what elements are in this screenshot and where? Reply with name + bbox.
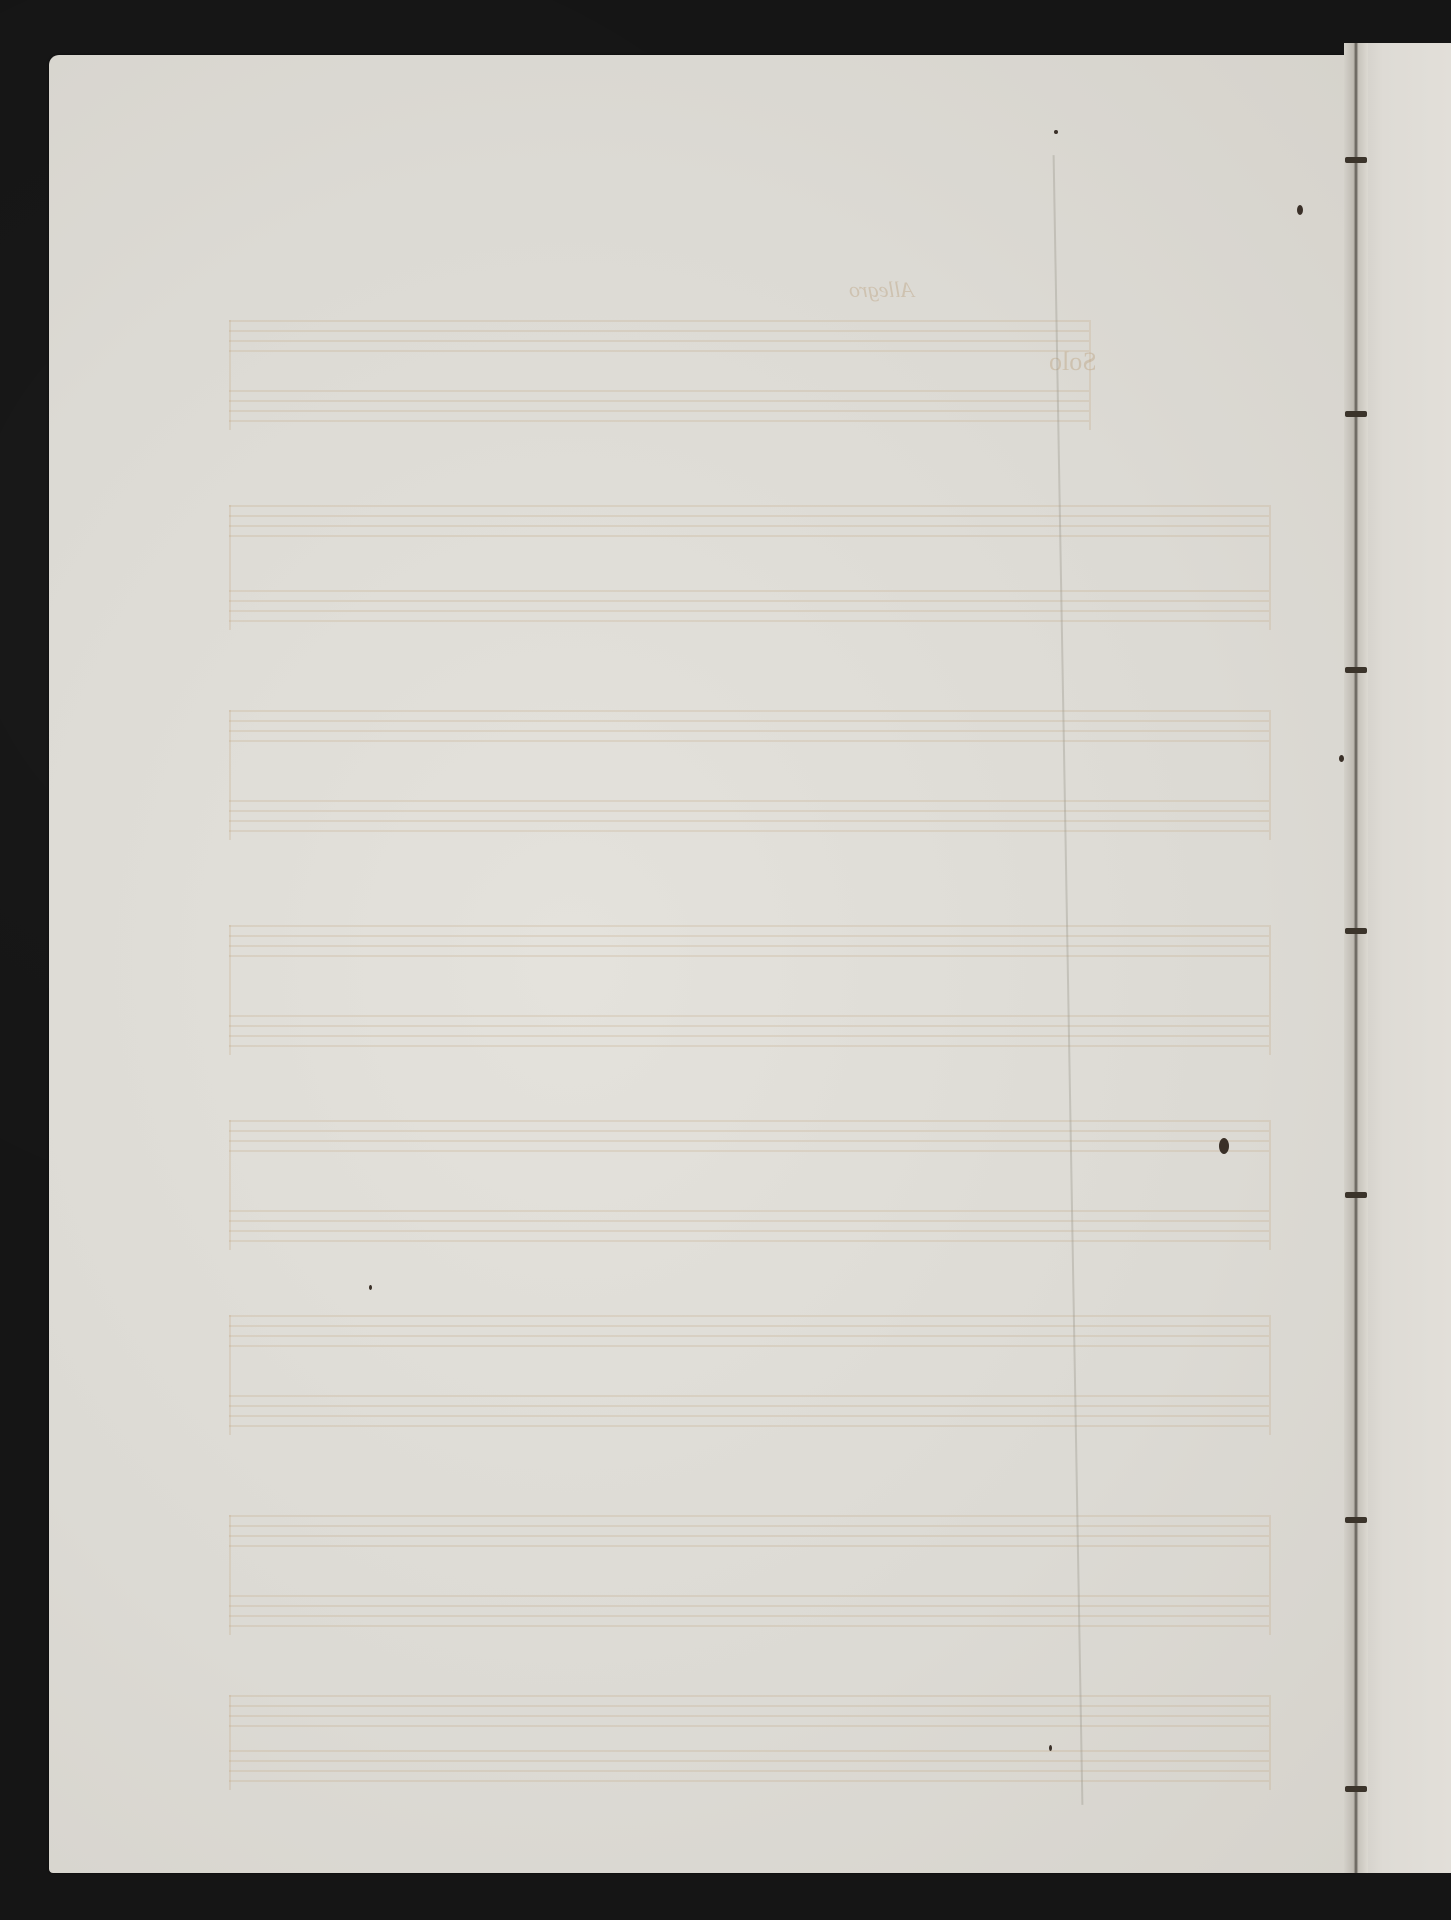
paper-fleck xyxy=(369,1285,372,1290)
paper-leaf: Allegro Solo xyxy=(49,55,1354,1873)
stitch-6 xyxy=(1345,1517,1367,1523)
hole-mark xyxy=(1297,205,1303,215)
music-show-through: Allegro Solo xyxy=(49,55,1354,1873)
stitch-4 xyxy=(1345,928,1367,934)
binding-spine xyxy=(1344,43,1368,1873)
paper-fleck xyxy=(1054,130,1058,134)
stitch-1 xyxy=(1345,157,1367,163)
ink-spot xyxy=(1219,1138,1229,1154)
tempo-mark: Allegro xyxy=(849,277,914,303)
paper-fleck xyxy=(1049,1745,1052,1751)
stitch-7 xyxy=(1345,1786,1367,1792)
stitch-2 xyxy=(1345,411,1367,417)
stitch-5 xyxy=(1345,1192,1367,1198)
facing-page-edge xyxy=(1354,43,1451,1873)
stitch-3 xyxy=(1345,667,1367,673)
